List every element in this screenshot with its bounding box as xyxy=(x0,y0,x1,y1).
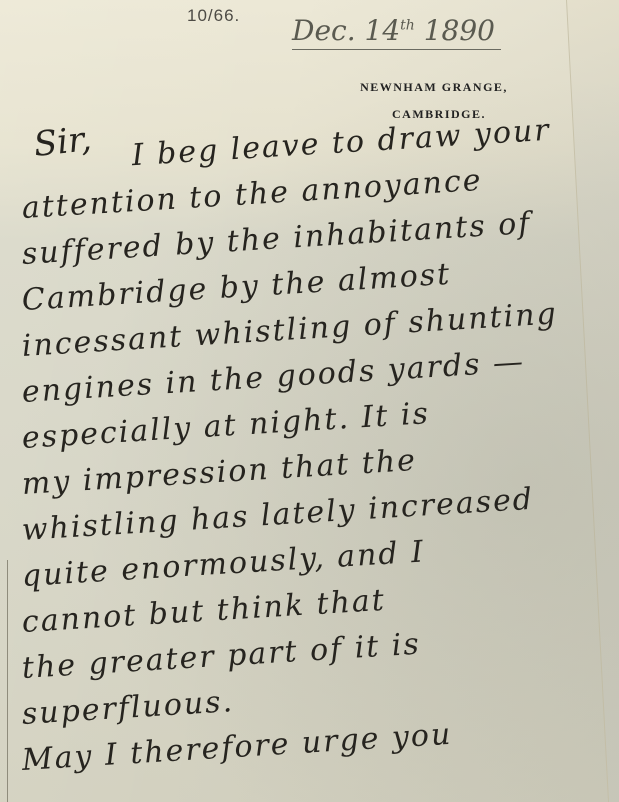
left-margin-rule xyxy=(7,560,8,802)
date-year: 1890 xyxy=(424,14,495,47)
date-month-day: Dec. 14 xyxy=(292,14,400,47)
letter-photograph: 10/66. Dec. 14th 1890 NEWNHAM GRANGE, CA… xyxy=(0,0,619,802)
letter-date: Dec. 14th 1890 xyxy=(292,14,501,50)
archive-reference: 10/66. xyxy=(187,6,240,26)
letter-body: Sir, I beg leave to draw your attention … xyxy=(22,122,597,784)
date-ordinal: th xyxy=(400,18,415,34)
